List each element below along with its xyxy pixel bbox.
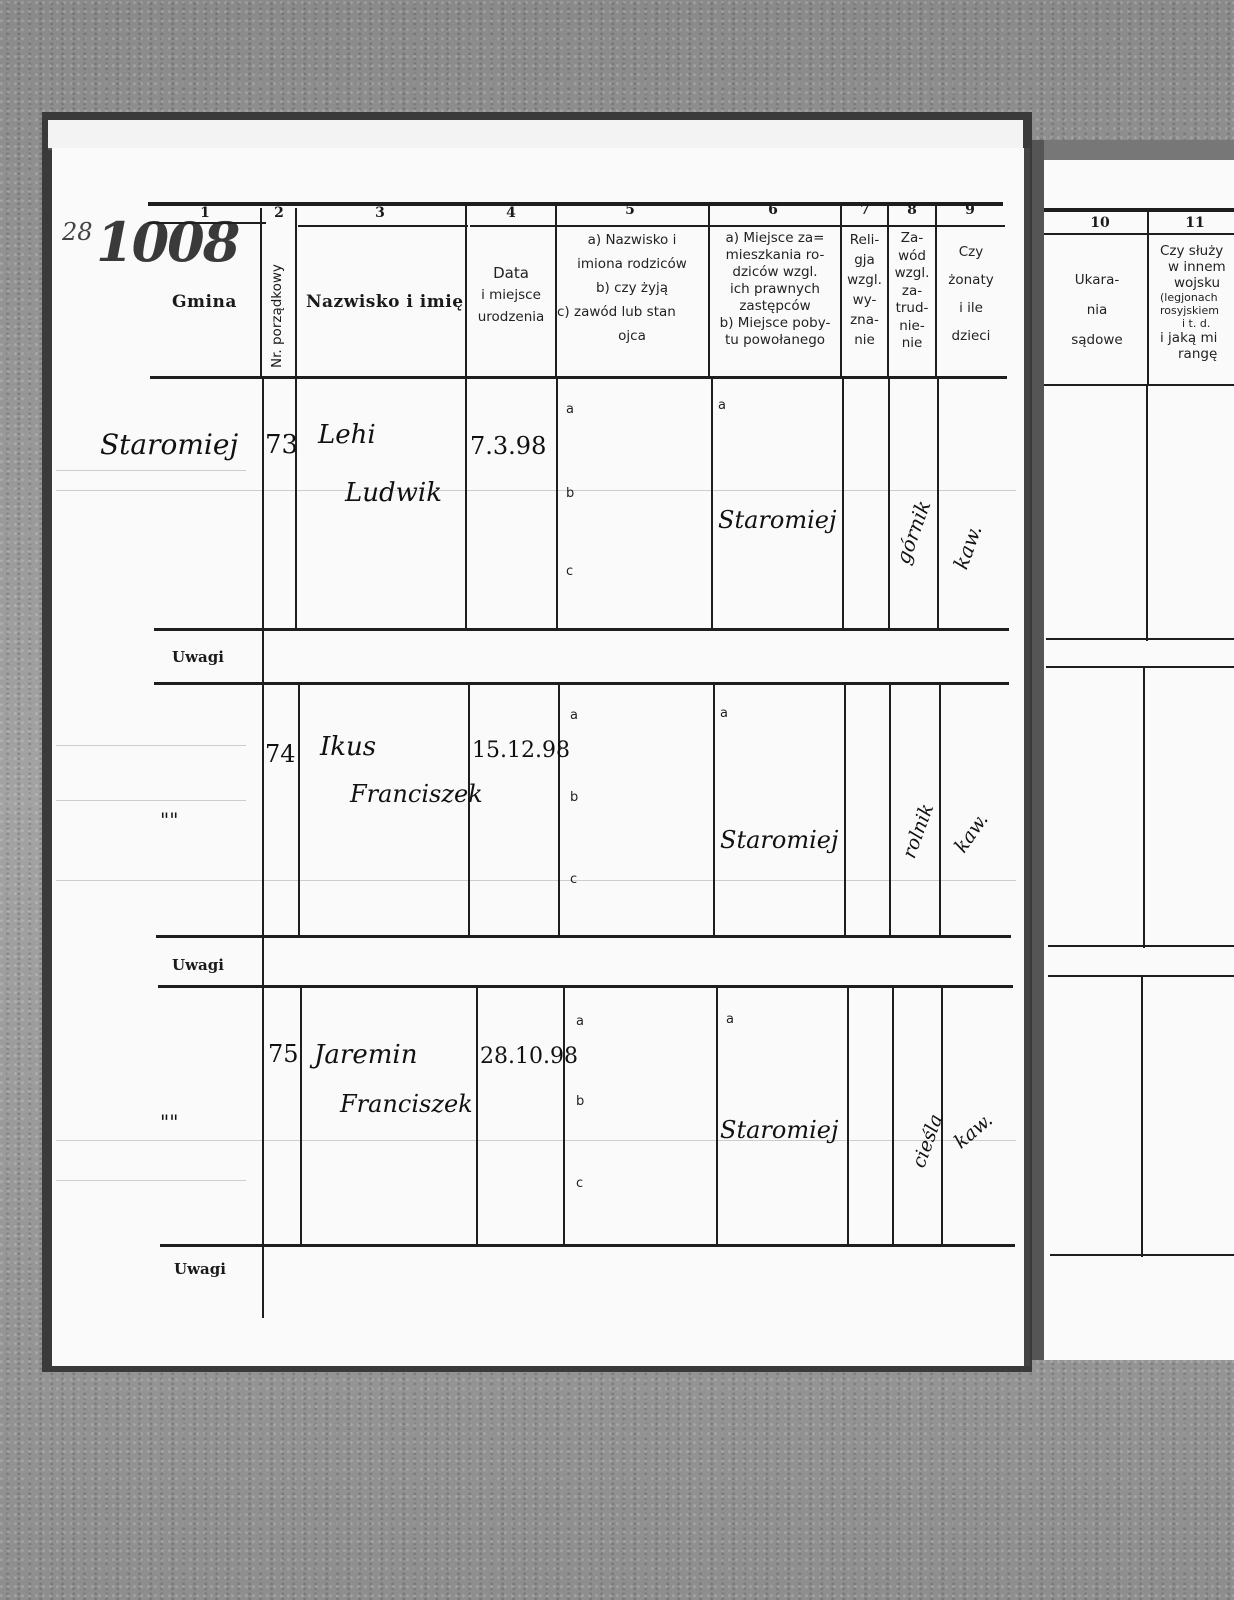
header-nr-porzadkowy: Nr. porządkowy [269,264,285,368]
right-colnum-rule [1044,233,1234,235]
faint-rule [56,880,1016,881]
header-zawod: Za- wód wzgl. za- trud- nie- nie [889,230,935,353]
right-remarks-top-rule [1048,945,1234,947]
column-number-3: 3 [365,205,395,221]
entry-gmina: Staromiej [100,428,238,461]
entry-given-name: Franciszek [350,780,483,808]
remarks-label: Uwagi [172,956,224,974]
col-divider [1146,386,1148,641]
faint-rule [56,1140,1016,1141]
colnum-rule [470,225,1005,227]
faint-rule [56,490,1016,491]
col-divider [711,378,713,630]
header-ukarania-sadowe: Ukara- nia sądowe [1048,265,1146,355]
header-czy-sluzyl: Czy służy w innem wojsku (legjonach rosy… [1150,243,1234,362]
underlying-sheet [48,120,1023,150]
col-divider [1147,212,1149,384]
col-divider [558,684,560,936]
column-number-7: 7 [850,202,880,218]
faint-rule [56,800,246,801]
entry-given-name: Ludwik [345,478,442,508]
colnum-rule [148,222,266,224]
col-divider [713,684,715,936]
column-number-9: 9 [955,202,985,218]
page-number-prefix: 28 [62,218,93,246]
entry-nr: 75 [268,1040,299,1068]
column-number-5: 5 [615,202,645,218]
entry-nr: 73 [265,430,298,460]
faint-rule [56,745,246,746]
sub-letter-a: a [566,402,574,417]
col-divider [298,684,300,936]
header-nazwisko-i-imie: Nazwisko i imię [306,292,464,312]
column-number-6: 6 [758,202,788,218]
col-divider [939,684,941,936]
column-number-11: 11 [1180,215,1210,231]
sub-letter-b: b [570,790,578,805]
right-header-top-rule [1044,208,1234,212]
col-divider [468,684,470,936]
sub-letter-c: c [576,1176,583,1191]
entry-residence: Staromiej [720,1116,838,1144]
sub-letter-a: a [570,708,578,723]
col-divider [847,988,849,1244]
sub-letter-a: a [718,398,726,413]
col-divider [892,988,894,1244]
header-gmina: Gmina [172,292,237,312]
col-divider [476,988,478,1244]
right-remarks-bottom-rule [1046,666,1234,668]
col-divider [260,208,262,378]
sub-letter-c: c [566,564,573,579]
colnum-rule [298,225,468,227]
entry-surname: Jaremin [314,1040,417,1070]
faint-rule [56,470,246,471]
header-religja: Reli- gja wzgl. wy- zna- nie [842,230,887,350]
entry-gmina-ditto: "" [160,1110,178,1134]
right-header-bottom-rule [1044,384,1234,386]
column-number-10: 10 [1085,215,1115,231]
sub-letter-b: b [566,486,574,501]
entry-birth-date: 15.12.98 [472,738,570,763]
remarks-bottom-rule [158,985,1013,988]
col-divider [465,378,467,630]
col-divider-main [262,378,264,1318]
col-divider [1143,668,1145,948]
header-czy-zonaty: Czy żonaty i ile dzieci [937,238,1005,350]
faint-rule [56,1180,246,1181]
entry-surname: Lehi [318,420,376,450]
col-divider [842,378,844,630]
entry-surname: Ikus [320,732,376,762]
entry-nr: 74 [265,740,296,768]
remarks-label: Uwagi [174,1260,226,1278]
col-divider [888,378,890,630]
right-remarks-top-rule [1046,638,1234,640]
right-bottom-rule [1050,1254,1234,1256]
header-data-urodzenia: Data i miejsce urodzenia [467,262,555,328]
remarks-bottom-rule [154,682,1009,685]
col-divider [1141,977,1143,1257]
col-divider [295,208,297,378]
sub-letter-c: c [570,872,577,887]
remarks-top-rule [156,935,1011,938]
sub-letter-a: a [720,706,728,721]
entry-residence: Staromiej [720,826,838,854]
col-divider [556,378,558,630]
col-divider [295,378,297,630]
col-divider [844,684,846,936]
remarks-label: Uwagi [172,648,224,666]
column-number-8: 8 [897,202,927,218]
col-divider [300,988,302,1244]
column-number-4: 4 [496,205,526,221]
header-rodzice: a) Nazwisko i imiona rodziców b) czy żyj… [557,228,707,348]
right-page-shadow [1044,140,1234,160]
sub-letter-a: a [726,1012,734,1027]
header-bottom-rule [150,376,1007,379]
entry-residence: Staromiej [718,506,836,534]
entry-given-name: Franciszek [340,1090,473,1118]
col-divider [716,988,718,1244]
sub-letter-a: a [576,1014,584,1029]
col-divider [937,378,939,630]
column-number-2: 2 [264,205,294,221]
remarks-top-rule [160,1244,1015,1247]
entry-birth-date: 7.3.98 [470,432,546,460]
col-divider [889,684,891,936]
entry-gmina-ditto: "" [160,808,178,832]
column-number-1: 1 [190,205,220,221]
sub-letter-b: b [576,1094,584,1109]
remarks-top-rule [154,628,1009,631]
entry-birth-date: 28.10.98 [480,1044,578,1069]
header-miejsce-zamieszkania: a) Miejsce za= mieszkania ro- dziców wzg… [710,230,840,349]
col-divider [563,988,565,1244]
